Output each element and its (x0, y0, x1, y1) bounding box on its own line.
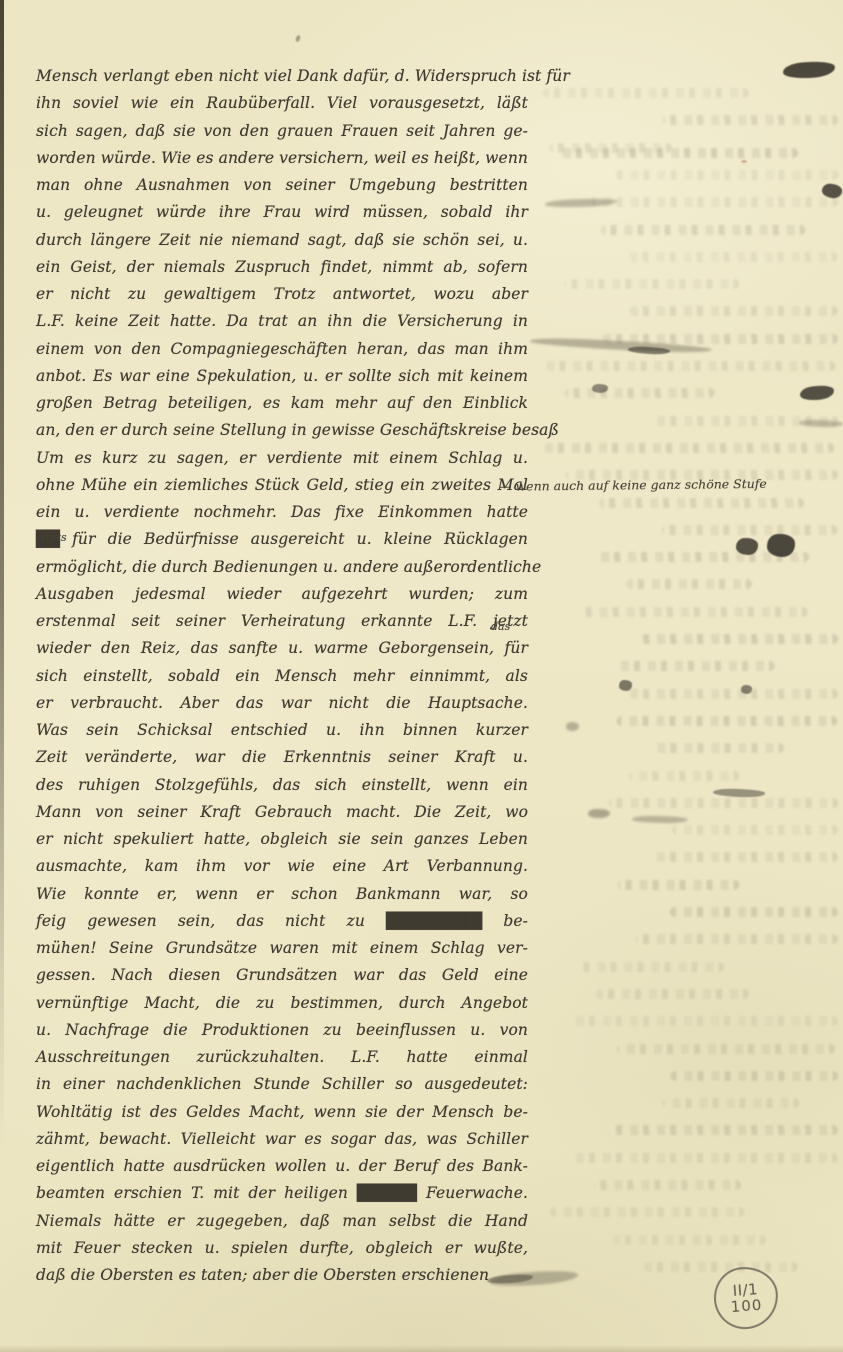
ink-blot (566, 722, 579, 731)
bleedthrough-line (641, 634, 838, 644)
bleedthrough-line (672, 825, 838, 835)
handwritten-line: Ausschreitungen zurückzuhalten. L.F. hat… (36, 1044, 528, 1071)
bleedthrough-line (601, 225, 806, 235)
bleedthrough-line (579, 962, 724, 972)
bleedthrough-line (591, 197, 838, 207)
bleedthrough-line (615, 170, 838, 180)
bleedthrough-line (617, 716, 838, 726)
interline-insertion: das (491, 620, 510, 633)
manuscript-page: Mensch verlangt eben nicht viel Dank daf… (0, 0, 843, 1352)
handwritten-line: eigentlich hatte ausdrücken wollen u. de… (36, 1153, 528, 1180)
handwritten-line: ohne Mühe ein ziemliches Stück Geld, sti… (36, 472, 528, 499)
handwritten-line: Wohltätig ist des Geldes Macht, wenn sie… (36, 1099, 528, 1126)
handwritten-line: mühen! Seine Grundsätze waren mit einem … (36, 935, 528, 962)
interline-insertion: stets (40, 531, 67, 544)
bleedthrough-line (626, 579, 752, 589)
handwritten-line: erstenmal seit seiner Verheiratung erkan… (36, 608, 528, 635)
handwritten-line: daß die Obersten es taten; aber die Ober… (36, 1262, 528, 1289)
bleedthrough-line (623, 252, 838, 262)
handwritten-line: ausmachte, kam ihm vor wie eine Art Verb… (36, 853, 528, 880)
bleedthrough-line (546, 361, 836, 371)
handwritten-line: ihn soviel wie ein Raubüberfall. Viel vo… (36, 90, 528, 117)
handwritten-line: an, den er durch seine Stellung in gewis… (36, 417, 528, 444)
handwritten-line: Um es kurz zu sagen, er verdiente mit ei… (36, 445, 528, 472)
ink-blot (767, 534, 795, 557)
handwritten-line: Was sein Schicksal entschied u. ihn binn… (36, 717, 528, 744)
handwritten-line: einem von den Compagniegeschäften heran,… (36, 336, 528, 363)
ink-blot (619, 680, 632, 691)
handwritten-line: gessen. Nach diesen Grundsätzen war das … (36, 962, 528, 989)
handwritten-line: großen Betrag beteiligen, es kam mehr au… (36, 390, 528, 417)
bleedthrough-line (596, 989, 749, 999)
handwritten-line: sich einstellt, sobald ein Mensch mehr e… (36, 663, 528, 690)
stamp-number-bottom: 100 (730, 1297, 763, 1316)
handwritten-line: des ruhigen Stolzgefühls, das sich einst… (36, 772, 528, 799)
bleedthrough-line (644, 1262, 798, 1272)
bleedthrough-line (662, 525, 838, 535)
bleedthrough-line (614, 661, 775, 671)
handwritten-line: u. Nachfrage die Produktionen zu beeinfl… (36, 1017, 528, 1044)
handwritten-line: anbot. Es war eine Spekulation, u. er so… (36, 363, 528, 390)
handwritten-line: mit Feuer stecken u. spielen durfte, obg… (36, 1235, 528, 1262)
bleedthrough-line (584, 607, 808, 617)
handwritten-line: wieder den Reiz, das sanfte u. warme Geb… (36, 635, 528, 662)
handwritten-line: Mensch verlangt eben nicht viel Dank daf… (36, 63, 528, 90)
bleedthrough-line (629, 306, 838, 316)
handwritten-line: in einer nachdenklichen Stunde Schiller … (36, 1071, 528, 1098)
bleedthrough-line (636, 934, 838, 944)
handwritten-line: ein Geist, der niemals Zuspruch findet, … (36, 254, 528, 281)
bleedthrough-line (568, 1016, 838, 1026)
ink-smudge (588, 809, 610, 818)
bleedthrough-line (564, 279, 739, 289)
handwritten-line: u. geleugnet würde ihre Frau wird müssen… (36, 199, 528, 226)
handwritten-line: feig gewesen sein, das nicht zu ████████… (36, 908, 528, 935)
bleedthrough-line (543, 443, 834, 453)
bleedthrough-line (556, 148, 798, 158)
bleedthrough-line (662, 1098, 799, 1108)
handwritten-line: ermöglicht, die durch Bedienungen u. and… (36, 554, 528, 581)
handwritten-line: zähmt, bewacht. Vielleicht war es sogar … (36, 1126, 528, 1153)
bleedthrough-line (628, 689, 838, 699)
handwritten-line: durch längere Zeit nie niemand sagt, daß… (36, 227, 528, 254)
handwritten-line: worden würde. Wie es andere versichern, … (36, 145, 528, 172)
bleedthrough-line (617, 880, 739, 890)
scan-edge-shadow-bottom (0, 1345, 843, 1352)
bleedthrough-line (629, 771, 739, 781)
handwritten-line: Wie konnte er, wenn er schon Bankmann wa… (36, 881, 528, 908)
bleedthrough-line (670, 907, 838, 917)
handwritten-line: man ohne Ausnahmen von seiner Umgebung b… (36, 172, 528, 199)
scan-edge-shadow-left (0, 0, 4, 1352)
handwritten-line: sich sagen, daß sie von den grauen Fraue… (36, 118, 528, 145)
bleedthrough-line (617, 1044, 835, 1054)
bleedthrough-line (565, 388, 715, 398)
bleedthrough-line (594, 1180, 741, 1190)
bleedthrough-line (572, 1153, 838, 1163)
bleedthrough-line (654, 743, 784, 753)
ink-blot (741, 685, 752, 694)
handwritten-line: er nicht zu gewaltigem Trotz antwortet, … (36, 281, 528, 308)
bleedthrough-line (611, 1125, 838, 1135)
handwritten-line: vernünftige Macht, die zu bestimmen, dur… (36, 990, 528, 1017)
ink-blot (736, 538, 758, 555)
handwritten-line: ein u. verdiente nochmehr. Das fixe Eink… (36, 499, 528, 526)
bleedthrough-line (608, 798, 838, 808)
handwritten-line: L.F. keine Zeit hatte. Da trat an ihn di… (36, 308, 528, 335)
handwritten-line: Ausgaben jedesmal wieder aufgezehrt wurd… (36, 581, 528, 608)
bleedthrough-line (613, 1235, 766, 1245)
handwritten-line: Mann von seiner Kraft Gebrauch macht. Di… (36, 799, 528, 826)
bleedthrough-line (670, 1071, 838, 1081)
handwritten-line: ██ für die Bedürfnisse ausgereicht u. kl… (36, 526, 528, 553)
handwritten-line: er verbraucht. Aber das war nicht die Ha… (36, 690, 528, 717)
red-speck (741, 160, 747, 163)
bleedthrough-line (651, 852, 838, 862)
handwritten-line: Niemals hätte er zugegeben, daß man selb… (36, 1208, 528, 1235)
bleedthrough-line (551, 1207, 745, 1217)
handwritten-line: Zeit veränderte, war die Erkenntnis sein… (36, 744, 528, 771)
handwritten-line: beamten erschien T. mit der heiligen ███… (36, 1180, 528, 1207)
bleedthrough-line (599, 498, 804, 508)
bleedthrough-line (662, 115, 838, 125)
manuscript-text: Mensch verlangt eben nicht viel Dank daf… (36, 63, 528, 1289)
bleedthrough-line (542, 88, 749, 98)
handwritten-line: er nicht spekuliert hatte, obgleich sie … (36, 826, 528, 853)
ink-blot (592, 384, 608, 393)
